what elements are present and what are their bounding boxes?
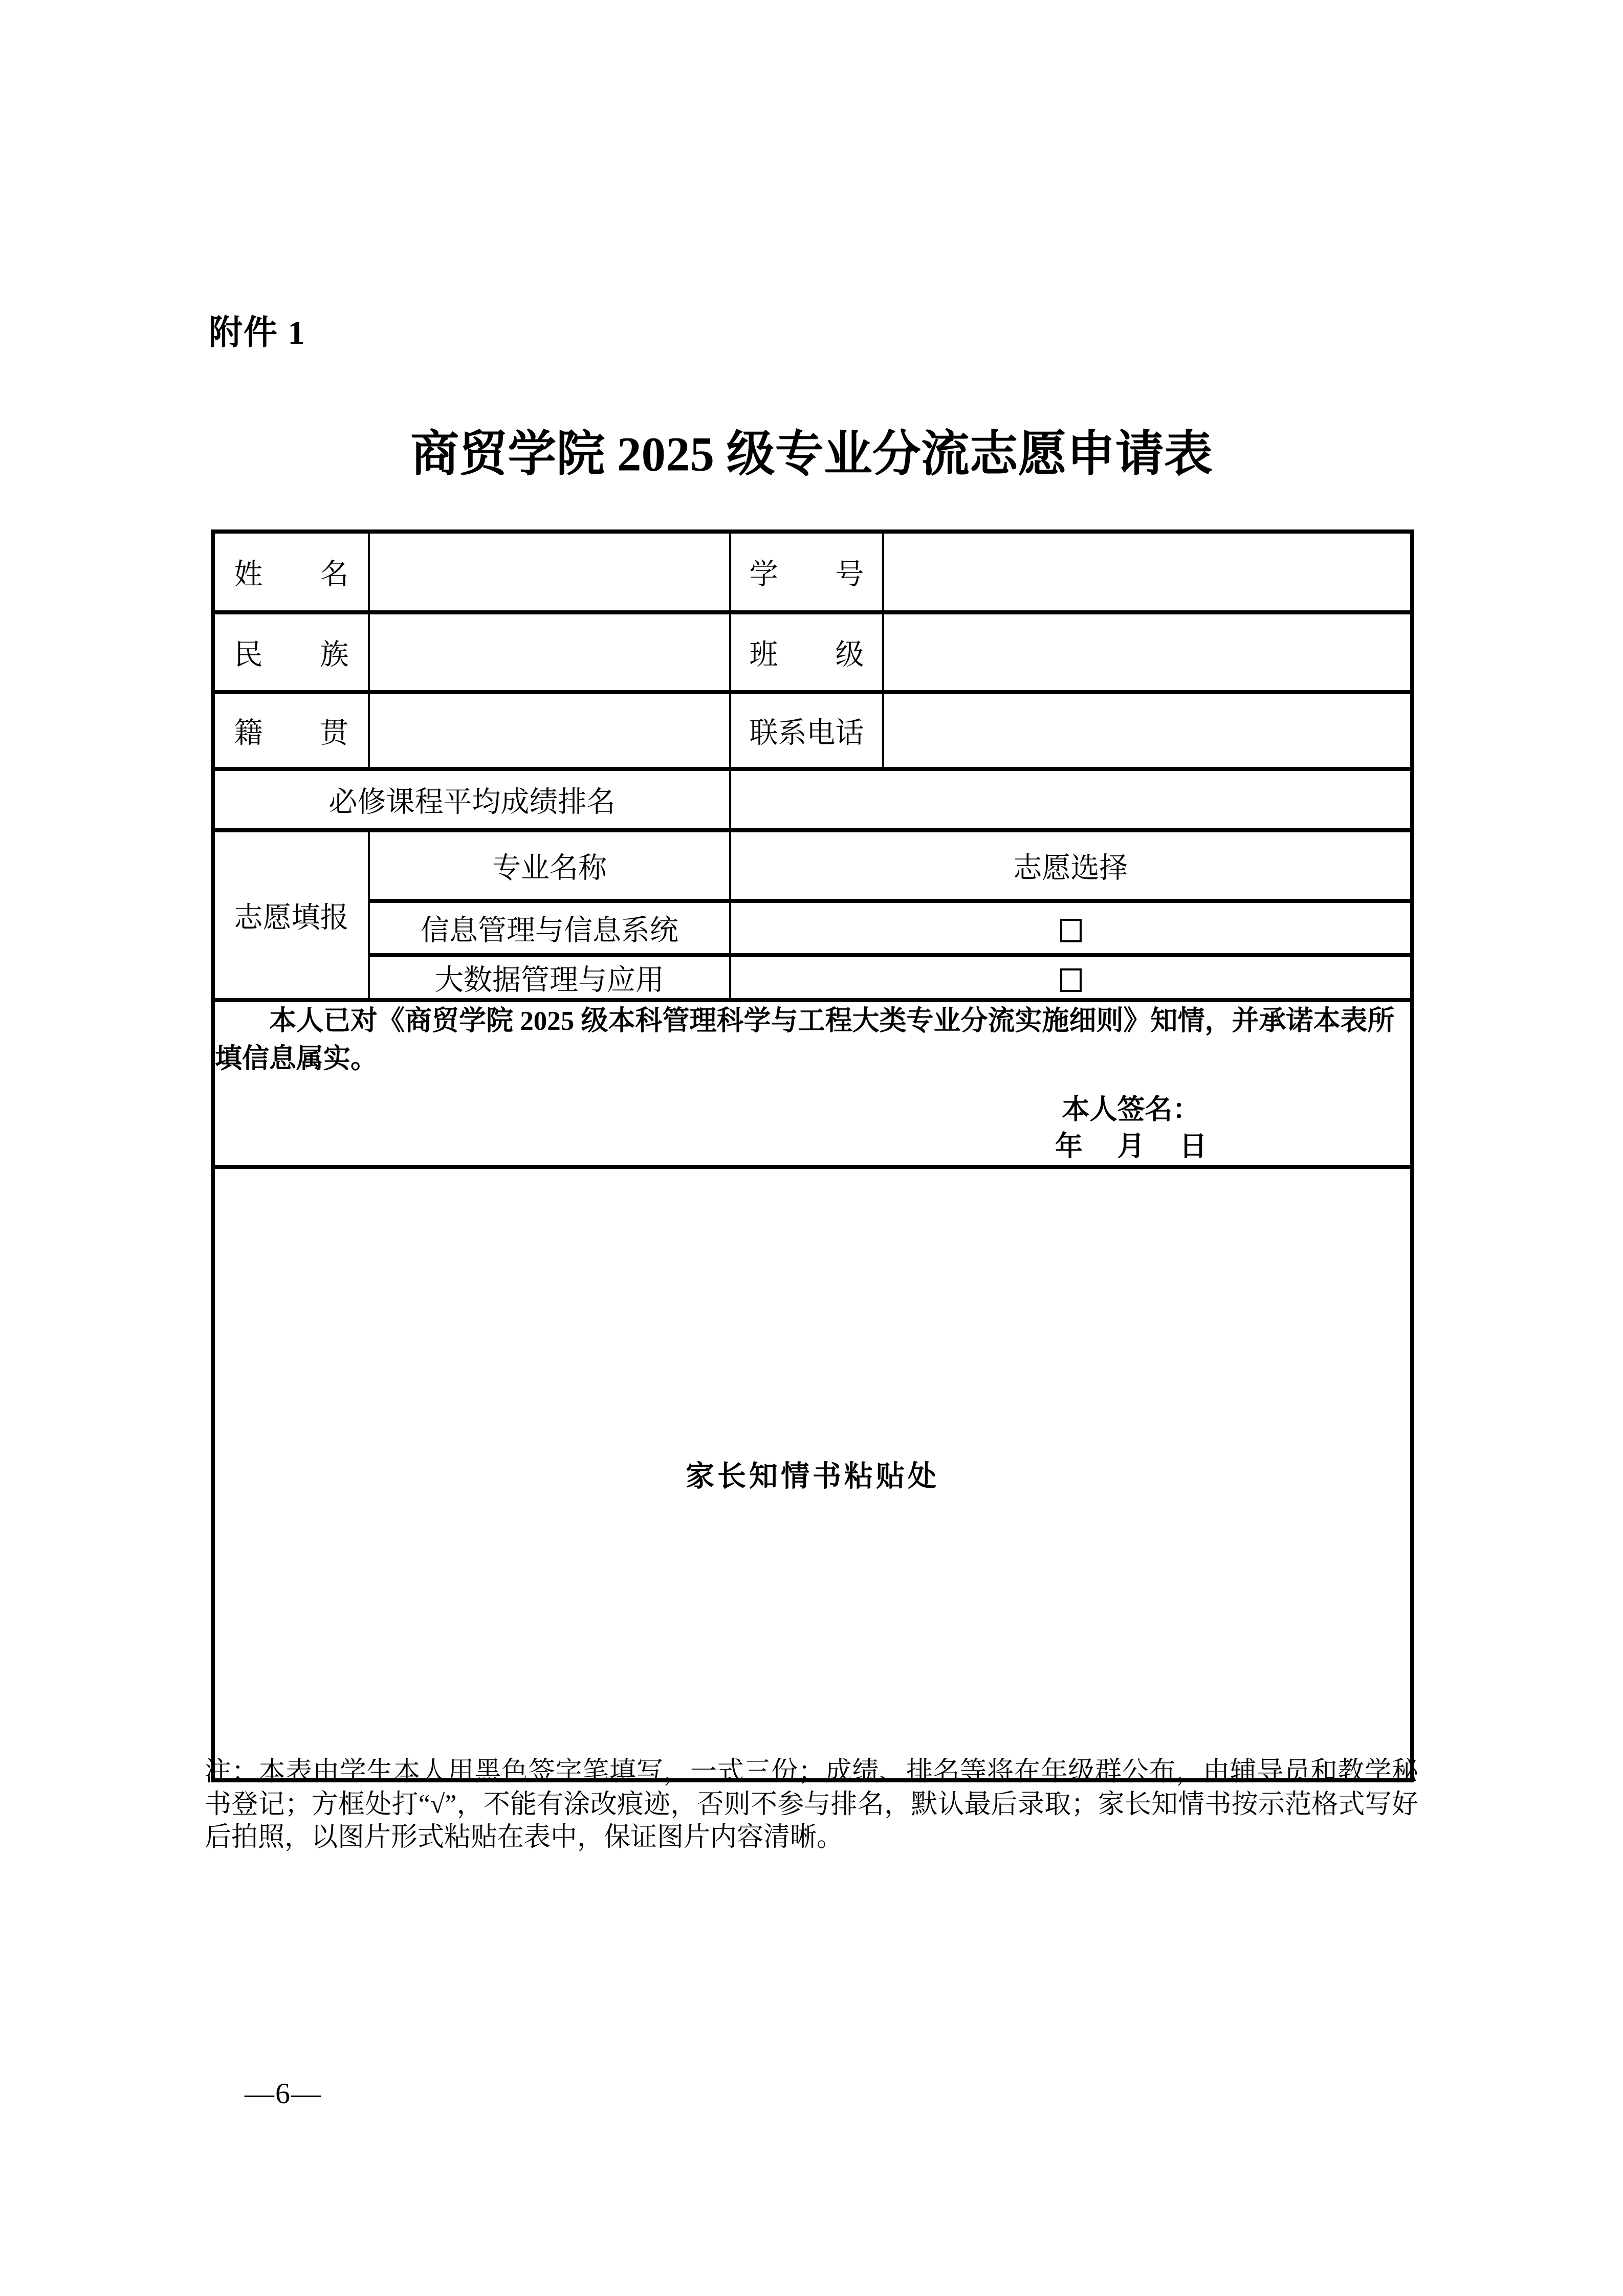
table-row: 姓 名 学 号 xyxy=(213,532,1412,612)
checkbox-big-data[interactable] xyxy=(1060,968,1082,992)
form-title: 商贸学院 2025 级专业分流志愿申请表 xyxy=(0,415,1623,485)
signature-label: 本人签名： xyxy=(852,1091,1410,1128)
name-value-cell[interactable] xyxy=(369,532,730,612)
document-page: 附件 1 商贸学院 2025 级专业分流志愿申请表 姓 名 学 号 民 族 班 … xyxy=(0,0,1623,2296)
application-table: 姓 名 学 号 民 族 班 级 籍 贯 联系电话 必修课程平均成绩排名 志愿填报… xyxy=(211,529,1414,1782)
parent-letter-paste-area: 家长知情书粘贴处 xyxy=(213,1167,1412,1780)
phone-value-cell[interactable] xyxy=(883,692,1412,769)
student-id-label: 学 号 xyxy=(730,532,883,612)
hometown-label: 籍 贯 xyxy=(213,692,369,769)
major-info-systems-choice-cell xyxy=(730,901,1412,955)
attachment-label: 附件 1 xyxy=(209,305,306,354)
major-info-systems-label: 信息管理与信息系统 xyxy=(369,901,730,955)
table-row: 籍 贯 联系电话 xyxy=(213,692,1412,769)
declaration-cell: 本人已对《商贸学院 2025 级本科管理科学与工程大类专业分流实施细则》知情，并… xyxy=(213,1000,1412,1167)
footnote-text: 注：本表由学生本人用黑色签字笔填写，一式三份；成绩、排名等将在年级群公布，由辅导… xyxy=(205,1756,1418,1854)
declaration-text: 本人已对《商贸学院 2025 级本科管理科学与工程大类专业分流实施细则》知情，并… xyxy=(215,1002,1410,1078)
major-big-data-choice-cell xyxy=(730,955,1412,1000)
choice-header: 志愿选择 xyxy=(730,830,1412,901)
ethnicity-value-cell[interactable] xyxy=(369,612,730,692)
ranking-value-cell[interactable] xyxy=(730,769,1412,830)
checkbox-info-systems[interactable] xyxy=(1060,919,1082,942)
preference-section-label: 志愿填报 xyxy=(213,830,369,1000)
table-row: 必修课程平均成绩排名 xyxy=(213,769,1412,830)
student-id-value-cell[interactable] xyxy=(883,532,1412,612)
table-row: 信息管理与信息系统 xyxy=(213,901,1412,955)
table-row: 民 族 班 级 xyxy=(213,612,1412,692)
table-row: 家长知情书粘贴处 xyxy=(213,1167,1412,1780)
phone-label: 联系电话 xyxy=(730,692,883,769)
table-row: 本人已对《商贸学院 2025 级本科管理科学与工程大类专业分流实施细则》知情，并… xyxy=(213,1000,1412,1167)
major-big-data-label: 大数据管理与应用 xyxy=(369,955,730,1000)
page-number: —6— xyxy=(245,2076,322,2110)
date-label: 年 月 日 xyxy=(852,1128,1410,1165)
hometown-value-cell[interactable] xyxy=(369,692,730,769)
ranking-label: 必修课程平均成绩排名 xyxy=(213,769,730,830)
class-value-cell[interactable] xyxy=(883,612,1412,692)
table-row: 志愿填报 专业名称 志愿选择 xyxy=(213,830,1412,901)
class-label: 班 级 xyxy=(730,612,883,692)
name-label: 姓 名 xyxy=(213,532,369,612)
ethnicity-label: 民 族 xyxy=(213,612,369,692)
table-row: 大数据管理与应用 xyxy=(213,955,1412,1000)
major-name-header: 专业名称 xyxy=(369,830,730,901)
